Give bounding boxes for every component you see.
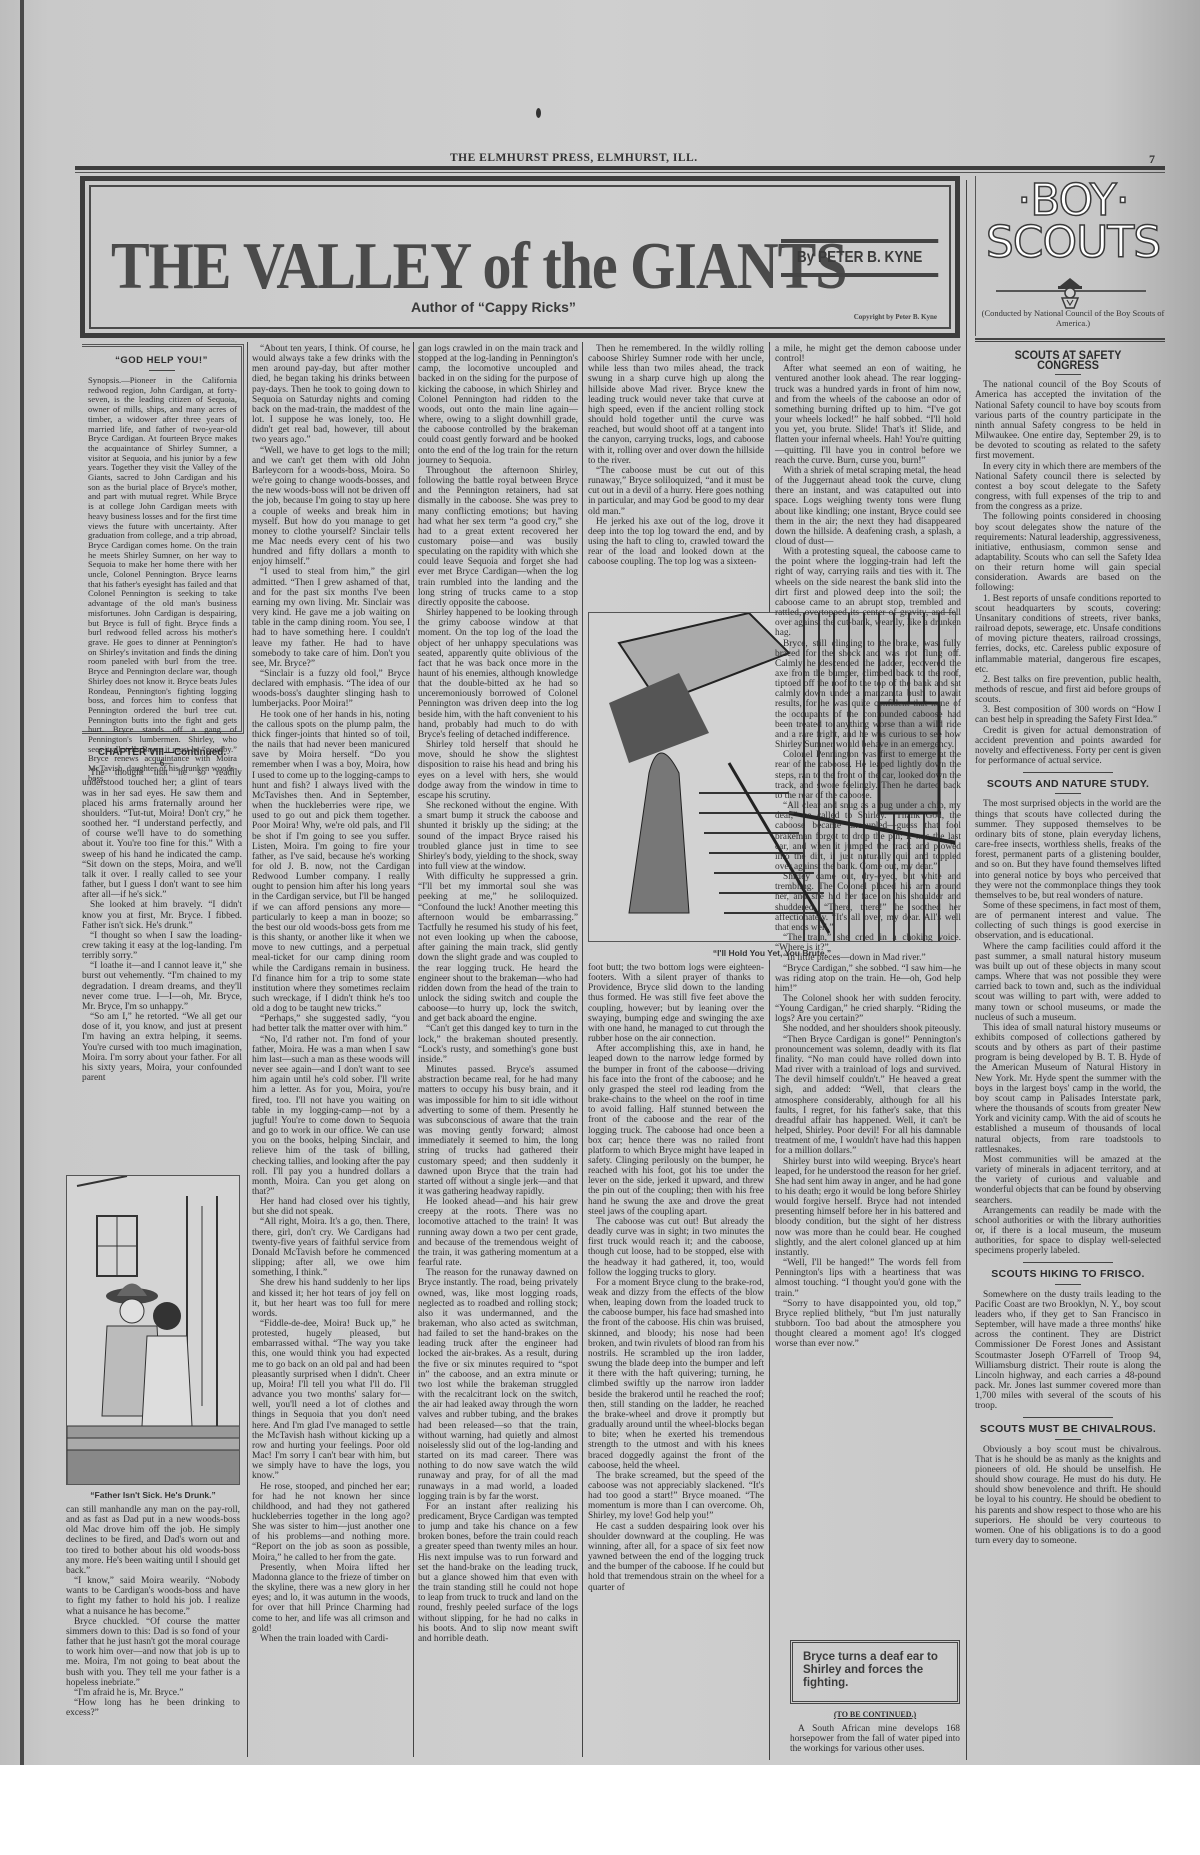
paragraph: foot butt; the two bottom logs were eigh… (588, 963, 764, 1044)
paragraph: “Well, I'll be hanged!” The words fell f… (775, 1258, 961, 1299)
paragraph: “About ten years, I think. Of course, he… (252, 344, 410, 446)
paragraph: She looked at him bravely. “I didn't kno… (82, 900, 242, 930)
story-column-2: “About ten years, I think. Of course, he… (252, 344, 410, 1644)
column-divider (413, 342, 414, 1757)
next-installment-teaser: Bryce turns a deaf ear to Shirley and fo… (803, 1651, 955, 1690)
paragraph: 3. Best composition of 300 words on “How… (975, 705, 1161, 725)
paragraph: Bryce chuckled. “Of course the matter si… (66, 1617, 240, 1688)
page-binding-edge (20, 0, 24, 1765)
paragraph: “Fiddle-de-dee, Moira! Buck up,” he prot… (252, 1319, 410, 1482)
heading-rule (1055, 1439, 1081, 1440)
paragraph: Shirley happened to be looking through t… (418, 608, 578, 740)
paragraph: Obviously a boy scout must be chivalrous… (975, 1445, 1161, 1547)
newspaper-name: THE ELMHURST PRESS, ELMHURST, ILL. (450, 152, 698, 164)
paragraph: The caboose was cut out! But already the… (588, 1217, 764, 1278)
paragraph: can still manhandle any man on the pay-r… (66, 1505, 240, 1576)
paragraph: Colonel Pennington was first to emerge a… (775, 750, 961, 801)
to-be-continued: (TO BE CONTINUED.) (790, 1710, 960, 1719)
masthead-rule (75, 166, 1165, 170)
column-divider (582, 342, 583, 1757)
paragraph: “Can't get this danged key to turn in th… (418, 1024, 578, 1065)
boy-scouts-title-line1: ·BOY· (980, 180, 1166, 222)
author-of: Author of “Cappy Ricks” (411, 299, 576, 315)
page-number: 7 (1149, 152, 1155, 167)
boy-scouts-title-line2: SCOUTS (980, 222, 1166, 264)
story-title: THE VALLEY of the GIANTS (111, 227, 847, 304)
paragraph: After accomplishing this, axe in hand, h… (588, 1044, 764, 1217)
paragraph: “Sorry to have disappointed you, old top… (775, 1299, 961, 1350)
paragraph: With a shriek of metal scraping metal, t… (775, 466, 961, 547)
column-divider (769, 960, 770, 1760)
paragraph: When the train loaded with Cardi- (252, 1634, 410, 1644)
next-installment-box: Bryce turns a deaf ear to Shirley and fo… (790, 1640, 960, 1704)
ink-blot (536, 108, 541, 118)
paragraph: She nodded, and her shoulders shook pite… (775, 1024, 961, 1034)
synopsis-text: Synopsis.—Pioneer in the California redw… (82, 376, 241, 784)
paragraph: Presently, when Moira lifted her Madonna… (252, 1563, 410, 1634)
paragraph: Arrangements can readily be made with th… (975, 1206, 1161, 1257)
paragraph: With a protesting squeal, the caboose ca… (775, 547, 961, 638)
column-divider (966, 180, 967, 1760)
paragraph: “I know,” said Moira wearily. “Nobody wa… (66, 1576, 240, 1617)
paragraph: The brake screamed, but the speed of the… (588, 1471, 764, 1522)
paragraph: With difficulty he suppressed a grin. “I… (418, 872, 578, 1024)
paragraph: “All clear and snug as a bug under a chi… (775, 801, 961, 872)
paragraph: Somewhere on the dusty trails leading to… (975, 1290, 1161, 1412)
illustration-1-caption: “Father Isn't Sick. He's Drunk.” (66, 1490, 240, 1500)
heading-rule (1055, 1284, 1081, 1285)
paragraph: Then he remembered. In the wildly rollin… (588, 344, 764, 466)
paragraph: “How long has he been drinking to excess… (66, 1698, 240, 1718)
paragraph: She reckoned without the engine. With a … (418, 801, 578, 872)
paragraph: He jerked his axe out of the log, drove … (588, 517, 764, 568)
paragraph: He took one of her hands in his, noting … (252, 710, 410, 1015)
newspaper-page: THE ELMHURST PRESS, ELMHURST, ILL. 7 THE… (0, 0, 1200, 1765)
paragraph: 1. Best reports of unsafe conditions rep… (975, 594, 1161, 675)
scout-emblem-icon (1056, 276, 1084, 310)
story-column-1-bottom: can still manhandle any man on the pay-r… (66, 1505, 240, 1718)
paragraph: “No, I'd rather not. I'm fond of your fa… (252, 1035, 410, 1198)
section-rule (1023, 772, 1113, 773)
synopsis-heading: “GOD HELP YOU!” (82, 355, 241, 366)
boy-scouts-column: SCOUTS AT SAFETY CONGRESS The national c… (975, 344, 1161, 1546)
synopsis-box: “GOD HELP YOU!” Synopsis.—Pioneer in the… (82, 344, 244, 734)
paragraph: “Perhaps,” she suggested sadly, “you had… (252, 1014, 410, 1034)
paragraph: Some of these specimens, in fact most of… (975, 901, 1161, 942)
paragraph: After what seemed an eon of waiting, he … (775, 364, 961, 466)
paragraph: Bryce, still clinging to the brake, was … (775, 639, 961, 751)
section-rule (1023, 1417, 1113, 1418)
story-column-3: gan logs crawled in on the main track an… (418, 344, 578, 1644)
paragraph: Most communities will be amazed at the v… (975, 1155, 1161, 1206)
paragraph: The following points considered in choos… (975, 512, 1161, 593)
paragraph: “I'm afraid he is, Mr. Bryce.” (66, 1688, 240, 1698)
chapter-heading: CHAPTER VIII—Continued. (82, 748, 242, 758)
masthead-rule-thin (75, 172, 1165, 173)
paragraph: “Then Bryce Cardigan is gone!” Penningto… (775, 1035, 961, 1157)
article-heading: SCOUTS HIKING TO FRISCO. (975, 1269, 1161, 1279)
paragraph: Shirley burst into wild weeping. Bryce's… (775, 1157, 961, 1259)
paragraph: Shirley came out, dry-eyed, but white an… (775, 872, 961, 933)
paragraph: “Bryce Cardigan,” she sobbed. “I saw him… (775, 964, 961, 994)
paragraph: “Sinclair is a fuzzy old fool,” Bryce de… (252, 669, 410, 710)
paragraph: He rose, stooped, and pinched her ear; f… (252, 1482, 410, 1563)
article-heading: SCOUTS MUST BE CHIVALROUS. (975, 1424, 1161, 1434)
story-column-1-top: CHAPTER VIII—Continued. —6— The thought … (82, 740, 242, 1083)
paragraph: For an instant after realizing his predi… (418, 1502, 578, 1644)
paragraph: Minutes passed. Bryce's assumed abstract… (418, 1065, 578, 1197)
paragraph: “In little pieces—down in Mad river.” (775, 953, 961, 963)
paragraph: gan logs crawled in on the main track an… (418, 344, 578, 466)
filler-item: A South African mine develops 168 horsep… (790, 1724, 960, 1754)
paragraph: He looked ahead—and his hair grew creepy… (418, 1197, 578, 1268)
story-column-4-top: Then he remembered. In the wildly rollin… (588, 344, 764, 567)
paragraph: He cast a sudden despairing look over hi… (588, 1522, 764, 1593)
article-heading: SCOUTS AT SAFETY CONGRESS (984, 350, 1151, 370)
scouts-header-rule (975, 338, 1165, 342)
paragraph: Shirley told herself that should he move… (418, 740, 578, 801)
paragraph: Throughout the afternoon Shirley, follow… (418, 466, 578, 608)
paragraph: The national council of the Boy Scouts o… (975, 380, 1161, 461)
story-title-banner: THE VALLEY of the GIANTS By PETER B. KYN… (80, 176, 960, 338)
paragraph: The most surprised objects in the world … (975, 799, 1161, 901)
column-divider (769, 342, 770, 612)
boy-scouts-header: ·BOY· SCOUTS (Conducted by National Coun… (975, 176, 1165, 336)
illustration-moira-bryce (66, 1175, 240, 1485)
story-column-5: a mile, he might get the demon caboose u… (775, 344, 961, 1349)
heading-rule (1055, 793, 1081, 794)
story-column-4-bottom: foot butt; the two bottom logs were eigh… (588, 963, 764, 1593)
column-divider (247, 342, 248, 1757)
title-inner-border: THE VALLEY of the GIANTS By PETER B. KYN… (89, 185, 951, 329)
chapter-number: —6— (82, 758, 242, 768)
boy-scouts-title: ·BOY· SCOUTS (980, 180, 1166, 264)
paragraph: The reason for the runaway dawned on Bry… (418, 1268, 578, 1502)
paragraph: The Colonel shook her with sudden feroci… (775, 994, 961, 1024)
paragraph: “So am I,” he retorted. “We all get our … (82, 1012, 242, 1083)
paragraph: “I thought so when I saw the loading-cre… (82, 931, 242, 961)
paragraph: “I loathe it—and I cannot leave it,” she… (82, 961, 242, 1012)
story-byline: By PETER B. KYNE (781, 239, 938, 277)
paragraph: 2. Best talks on fire prevention, public… (975, 675, 1161, 705)
section-rule (1023, 1262, 1113, 1263)
heading-rule (149, 370, 175, 371)
paragraph: “The train,” she cried in a choking voic… (775, 933, 961, 953)
heading-rule (1055, 374, 1081, 375)
drawing-cabin-scene-icon (67, 1176, 240, 1485)
filler-text: A South African mine develops 168 horsep… (790, 1724, 960, 1754)
scouts-conducted-by: (Conducted by National Council of the Bo… (980, 308, 1166, 328)
paragraph: “The caboose must be cut out of this run… (588, 466, 764, 517)
paragraph: She drew his hand suddenly to her lips a… (252, 1278, 410, 1319)
paragraph: a mile, he might get the demon caboose u… (775, 344, 961, 364)
paragraph: “I used to steal from him,” the girl adm… (252, 567, 410, 669)
copyright-notice: Copyright by Peter B. Kyne (854, 313, 937, 321)
paragraph: The thought that he so readily understoo… (82, 768, 242, 900)
paragraph: In every city in which there are members… (975, 462, 1161, 513)
article-heading: SCOUTS AND NATURE STUDY. (975, 779, 1161, 789)
paragraph: “Well, we have to get logs to the mill; … (252, 446, 410, 568)
paragraph: “All right, Moira. It's a go, then. Ther… (252, 1217, 410, 1278)
paragraph: Her hand had closed over his tightly, bu… (252, 1197, 410, 1217)
paragraph: This idea of small natural history museu… (975, 1023, 1161, 1155)
paragraph: Where the camp facilities could afford i… (975, 942, 1161, 1023)
paragraph: Credit is given for actual demonstration… (975, 726, 1161, 767)
paragraph: For a moment Bryce clung to the brake-ro… (588, 1278, 764, 1471)
